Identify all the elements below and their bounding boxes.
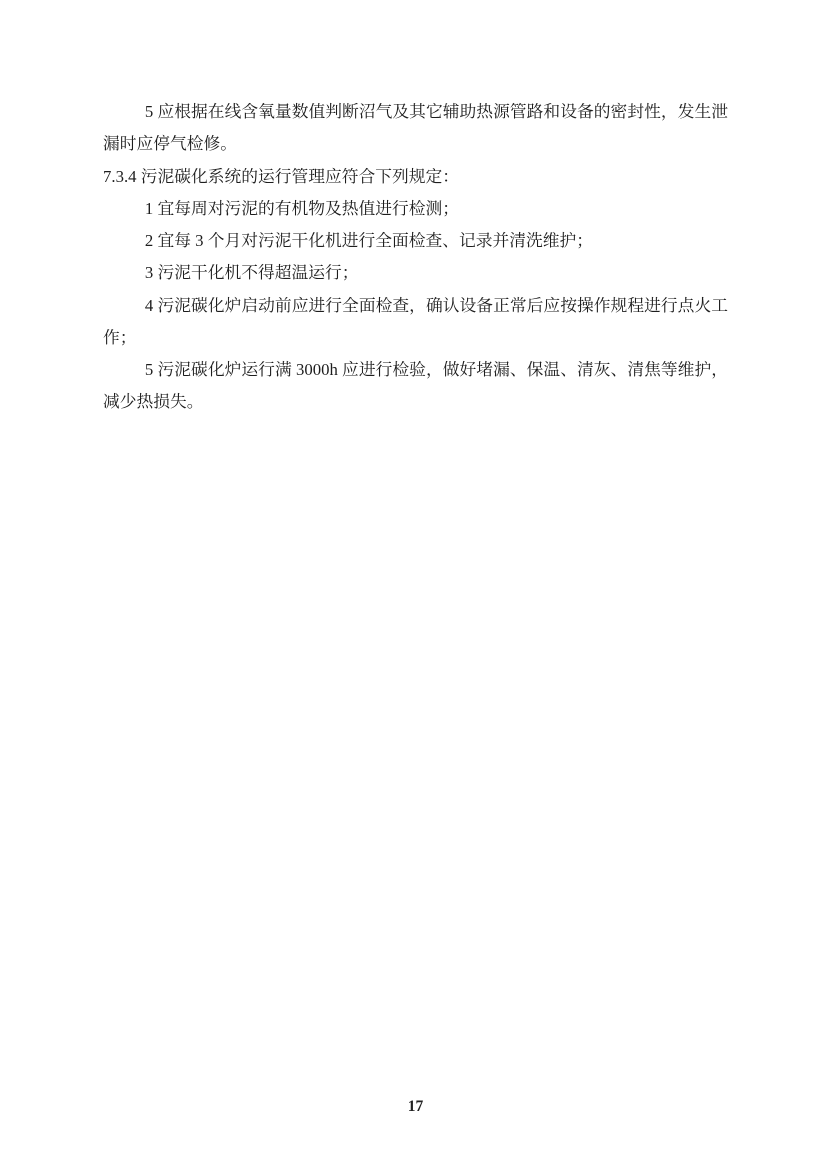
page-number: 17 [408, 1098, 424, 1115]
document-page: 5 应根据在线含氧量数值判断沼气及其它辅助热源管路和设备的密封性，发生泄漏时应停… [0, 0, 826, 1169]
paragraph: 3 污泥干化机不得超温运行； [103, 257, 728, 289]
paragraph: 2 宜每 3 个月对污泥干化机进行全面检查、记录并清洗维护； [103, 225, 728, 257]
paragraph: 7.3.4 污泥碳化系统的运行管理应符合下列规定： [103, 161, 728, 193]
paragraph: 1 宜每周对污泥的有机物及热值进行检测； [103, 193, 728, 225]
document-body: 5 应根据在线含氧量数值判断沼气及其它辅助热源管路和设备的密封性，发生泄漏时应停… [103, 96, 728, 419]
page-footer: 17 [103, 1094, 728, 1120]
paragraph: 5 应根据在线含氧量数值判断沼气及其它辅助热源管路和设备的密封性，发生泄漏时应停… [103, 96, 728, 161]
paragraph: 4 污泥碳化炉启动前应进行全面检查，确认设备正常后应按操作规程进行点火工作； [103, 290, 728, 355]
paragraph: 5 污泥碳化炉运行满 3000h 应进行检验，做好堵漏、保温、清灰、清焦等维护，… [103, 354, 728, 419]
